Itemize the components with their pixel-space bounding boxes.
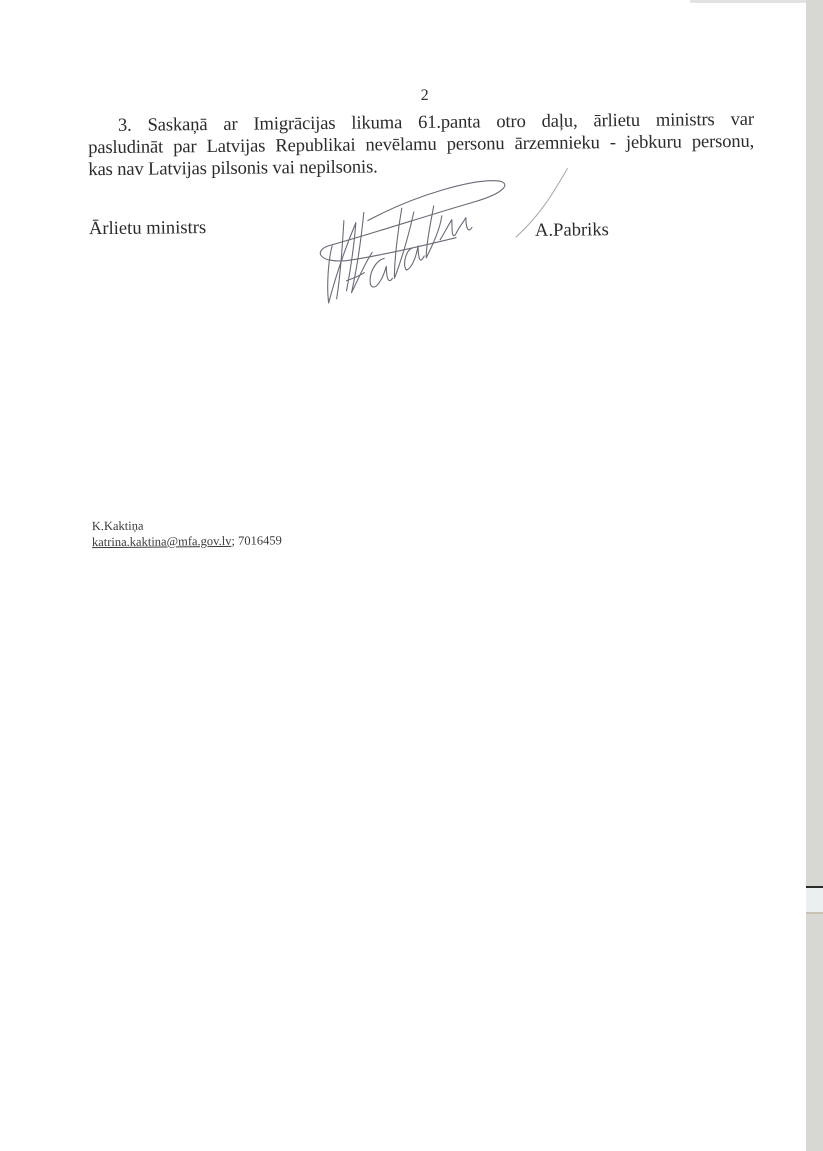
contact-separator: ;	[231, 534, 235, 548]
paragraph-word: ministrs	[656, 109, 715, 132]
contact-details: katrina.kaktina@mfa.gov.lv; 7016459	[92, 532, 282, 550]
contact-block: K.Kaktiņa katrina.kaktina@mfa.gov.lv; 70…	[92, 516, 282, 550]
signatory-title: Ārlietu ministrs	[89, 217, 206, 240]
paragraph-word: likuma	[351, 112, 402, 134]
contact-phone: 7016459	[238, 533, 282, 547]
paragraph-word: nevēlamu	[365, 134, 436, 157]
paragraph-word: otro	[496, 111, 526, 133]
paragraph-word: 3.	[118, 115, 132, 137]
paragraph-word: daļu,	[542, 110, 578, 132]
page-number: 2	[421, 87, 429, 105]
paragraph-word: ar	[223, 114, 237, 136]
paragraph-word: ārzemnieku	[514, 132, 599, 155]
document-page: 2 3.SaskaņāarImigrācijaslikuma61.pantaot…	[0, 0, 816, 1151]
paragraph-word: Imigrācijas	[253, 113, 335, 136]
paragraph-word: par	[173, 136, 197, 158]
paragraph-word: ārlietu	[593, 110, 640, 132]
paragraph-word: -	[610, 132, 616, 154]
contact-name: K.Kaktiņa	[92, 516, 282, 534]
paragraph-word: personu	[447, 133, 505, 156]
paragraph-word: Latvijas	[206, 135, 265, 158]
paragraph-word: var	[730, 109, 754, 131]
paragraph-word: jebkuru	[626, 131, 682, 154]
paragraph-word: Republikai	[275, 135, 355, 158]
paragraph-word: 61.panta	[418, 111, 481, 134]
paragraph-word: Saskaņā	[147, 114, 207, 137]
contact-email-link[interactable]: katrina.kaktina@mfa.gov.lv	[92, 534, 232, 549]
paragraph-word: pasludināt	[88, 136, 163, 159]
paragraph-word: personu,	[692, 131, 755, 154]
signatory-name: A.Pabriks	[535, 219, 609, 242]
